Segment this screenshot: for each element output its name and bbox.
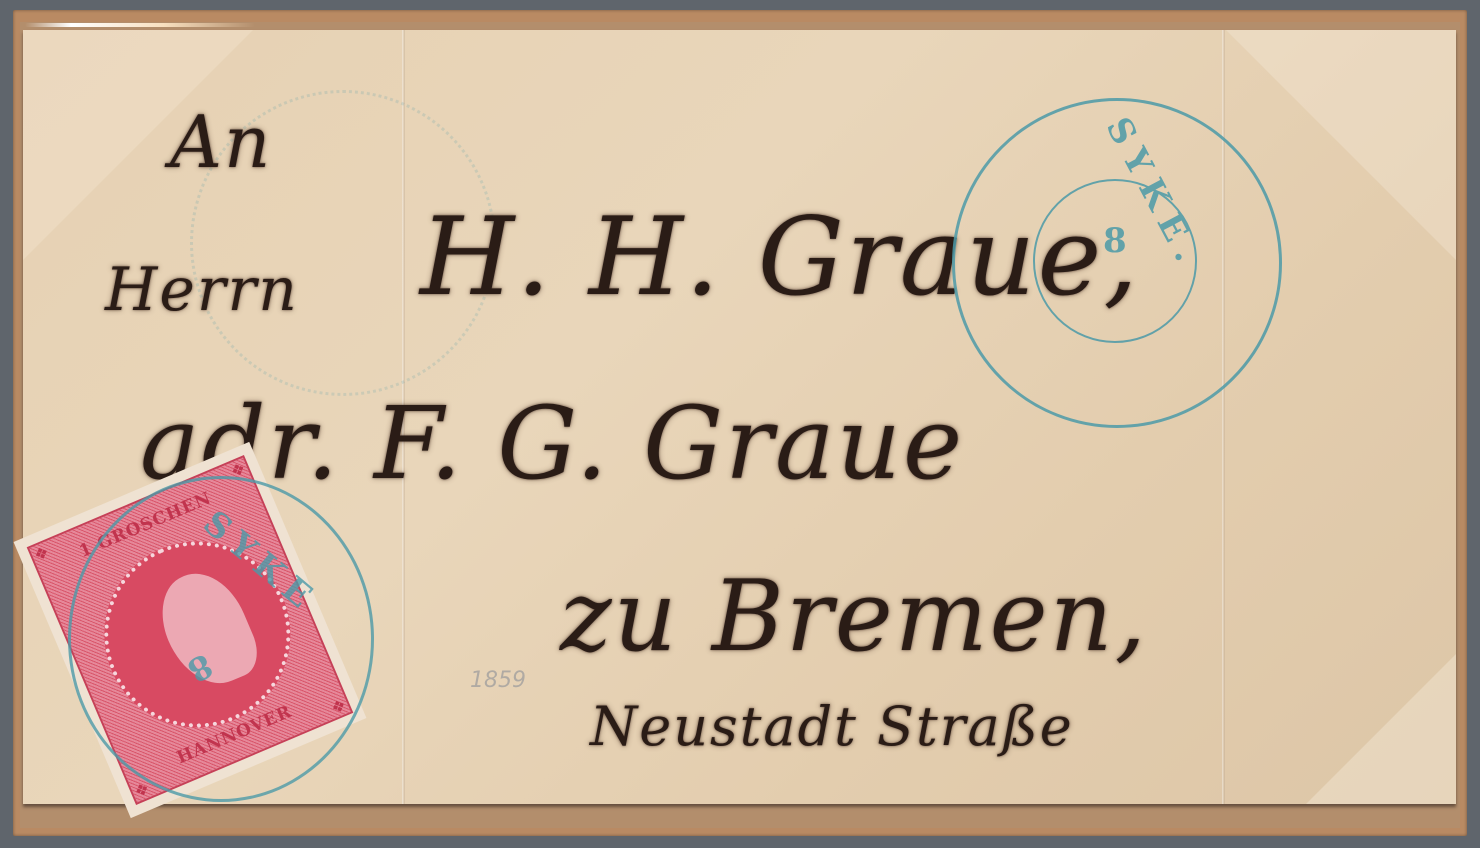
pencil-year-note: 1859 [470,668,526,693]
address-line-an: An [170,100,272,184]
fold-flap-bottom-right [1306,654,1456,804]
postmark-day: 8 [1103,221,1127,261]
sleeve-glare [25,23,255,27]
address-line-herrn: Herrn [105,255,299,325]
postmark-day: 8 [181,646,219,690]
postmark-syke-right: SYKE. 8 [952,98,1282,428]
address-line-street: Neustadt Straße [590,695,1074,758]
postmark-syke-left: SYKE 8 [68,476,374,802]
postmark-town: SYKE [195,503,325,621]
address-line-city: zu Bremen, [560,560,1148,674]
